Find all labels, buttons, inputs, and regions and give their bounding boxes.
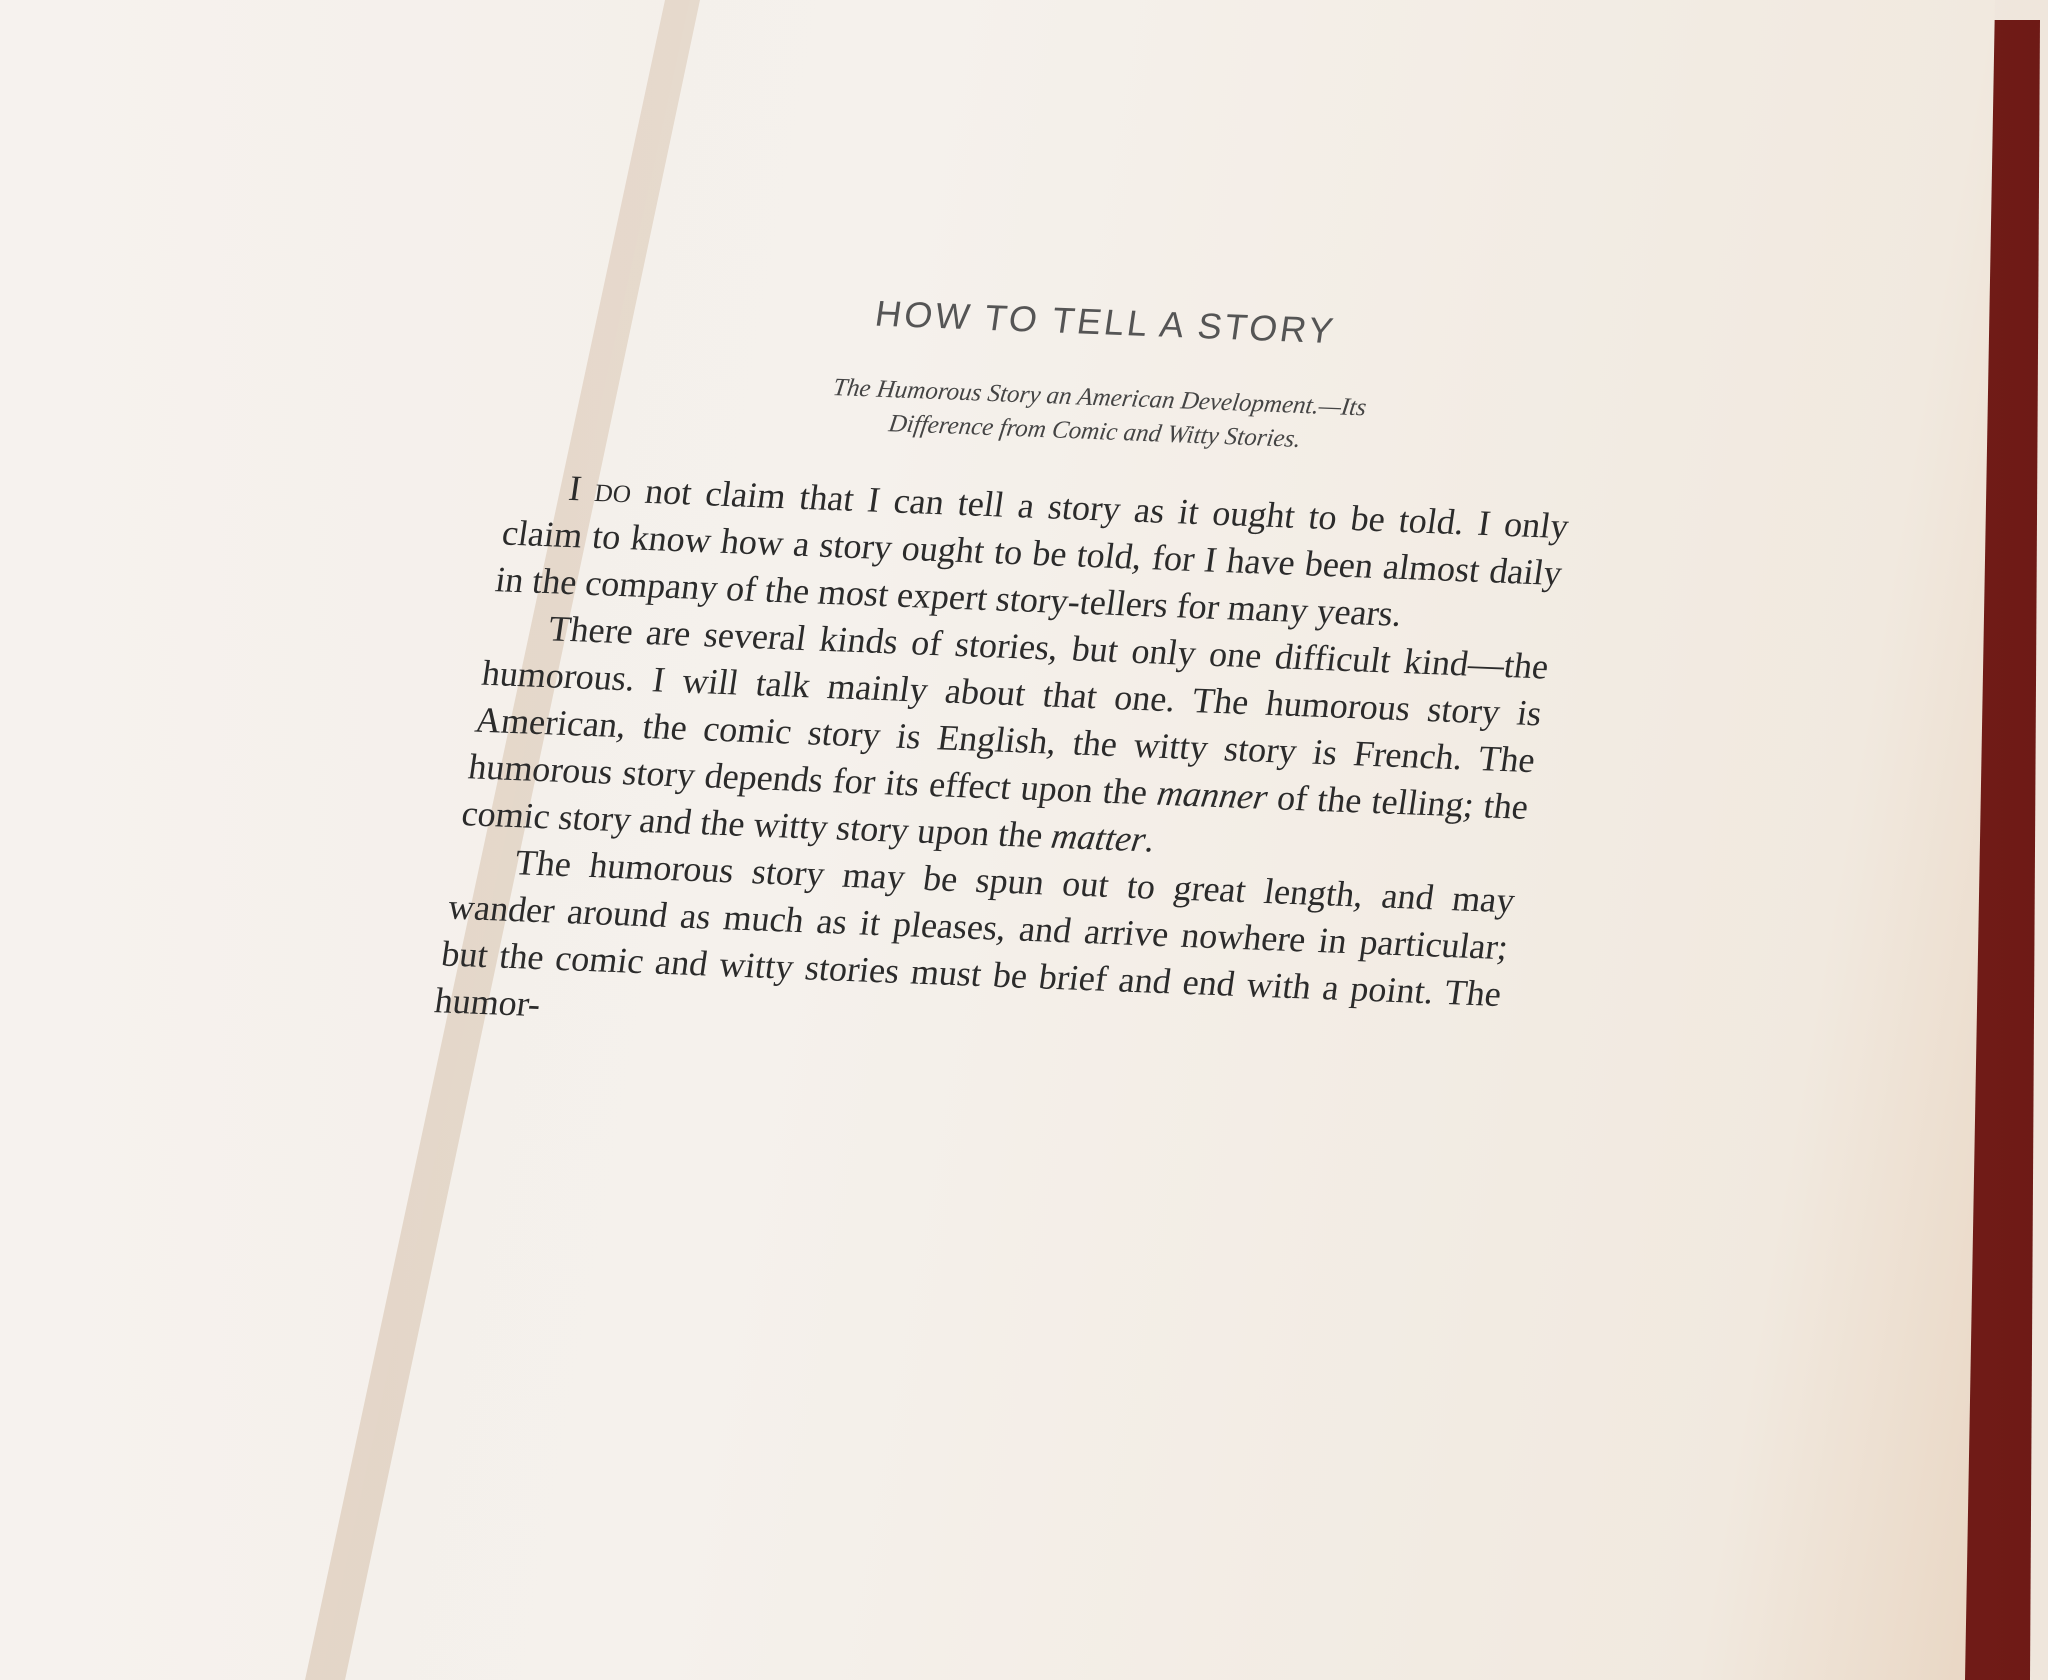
page-text-block: HOW TO TELL A STORY The Humorous Story a… bbox=[432, 270, 1600, 1065]
paragraph-2: There are several kinds of stories, but … bbox=[459, 603, 1552, 878]
italic-manner: manner bbox=[1155, 773, 1271, 817]
italic-matter: matter bbox=[1049, 816, 1149, 859]
chapter-summary: The Humorous Story an American Developme… bbox=[608, 363, 1587, 468]
drop-lead: I bbox=[566, 468, 584, 508]
